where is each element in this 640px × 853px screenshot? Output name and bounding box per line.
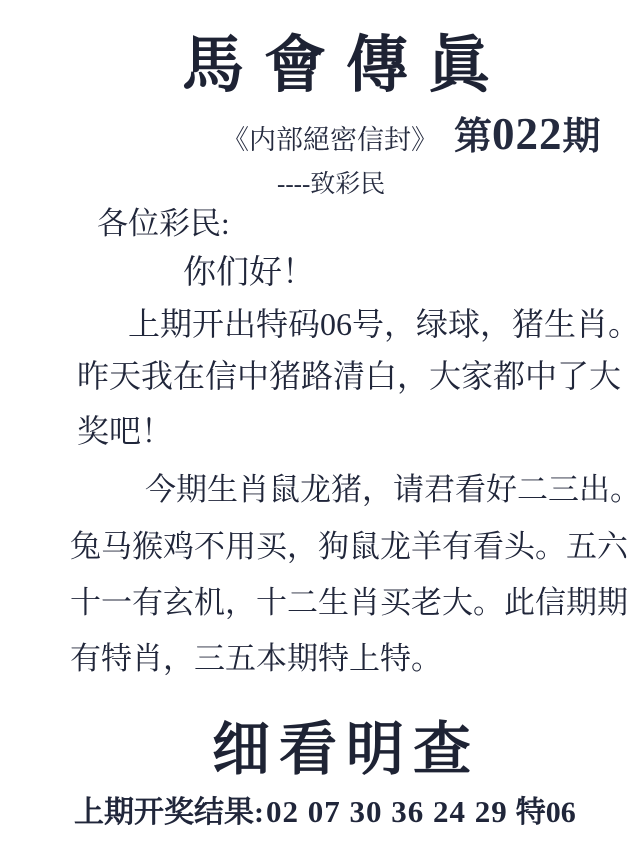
- paragraph1-line3: 奖吧！: [77, 411, 173, 453]
- slogan-text: 细看明查: [212, 702, 480, 786]
- special-prefix: 特: [516, 796, 546, 829]
- issue-prefix: 第: [454, 116, 492, 158]
- salutation-line: 各位彩民:: [97, 204, 230, 244]
- result-numbers: 02 07 30 36 24 29: [266, 794, 508, 829]
- paragraph2-line3: 十一有玄机，十二生肖买老大。此信期期: [70, 583, 628, 623]
- issue-number: 022: [492, 109, 563, 159]
- result-label: 上期开奖结果:: [74, 796, 264, 829]
- issue-label: 第022期: [454, 110, 601, 161]
- special-value: 06: [546, 796, 576, 829]
- subtitle-bracket-text: 《内部絕密信封》: [222, 118, 438, 162]
- greeting-line: 你们好！: [183, 252, 315, 295]
- paragraph1-line1: 上期开出特码06号，绿球，猪生肖。: [128, 304, 640, 346]
- special-number: 特06: [516, 796, 576, 829]
- dedication-line: ----致彩民: [277, 164, 385, 200]
- previous-draw-result: 上期开奖结果:02 07 30 36 24 29特06: [74, 787, 576, 831]
- paragraph2-line2: 兔马猴鸡不用买，狗鼠龙羊有看头。五六: [70, 527, 628, 567]
- document-subtitle: 《内部絕密信封》 第022期: [222, 110, 601, 162]
- paragraph1-line2: 昨天我在信中猪路清白，大家都中了大: [77, 356, 621, 398]
- paragraph2-line1: 今期生肖鼠龙猪，请君看好二三出。: [145, 470, 640, 510]
- issue-suffix: 期: [563, 116, 601, 158]
- fax-letter-document: 馬會傳眞 《内部絕密信封》 第022期 ----致彩民 各位彩民: 你们好！ 上…: [0, 0, 640, 853]
- paragraph2-line4: 有特肖，三五本期特上特。: [70, 639, 442, 679]
- document-title: 馬會傳眞: [182, 28, 510, 106]
